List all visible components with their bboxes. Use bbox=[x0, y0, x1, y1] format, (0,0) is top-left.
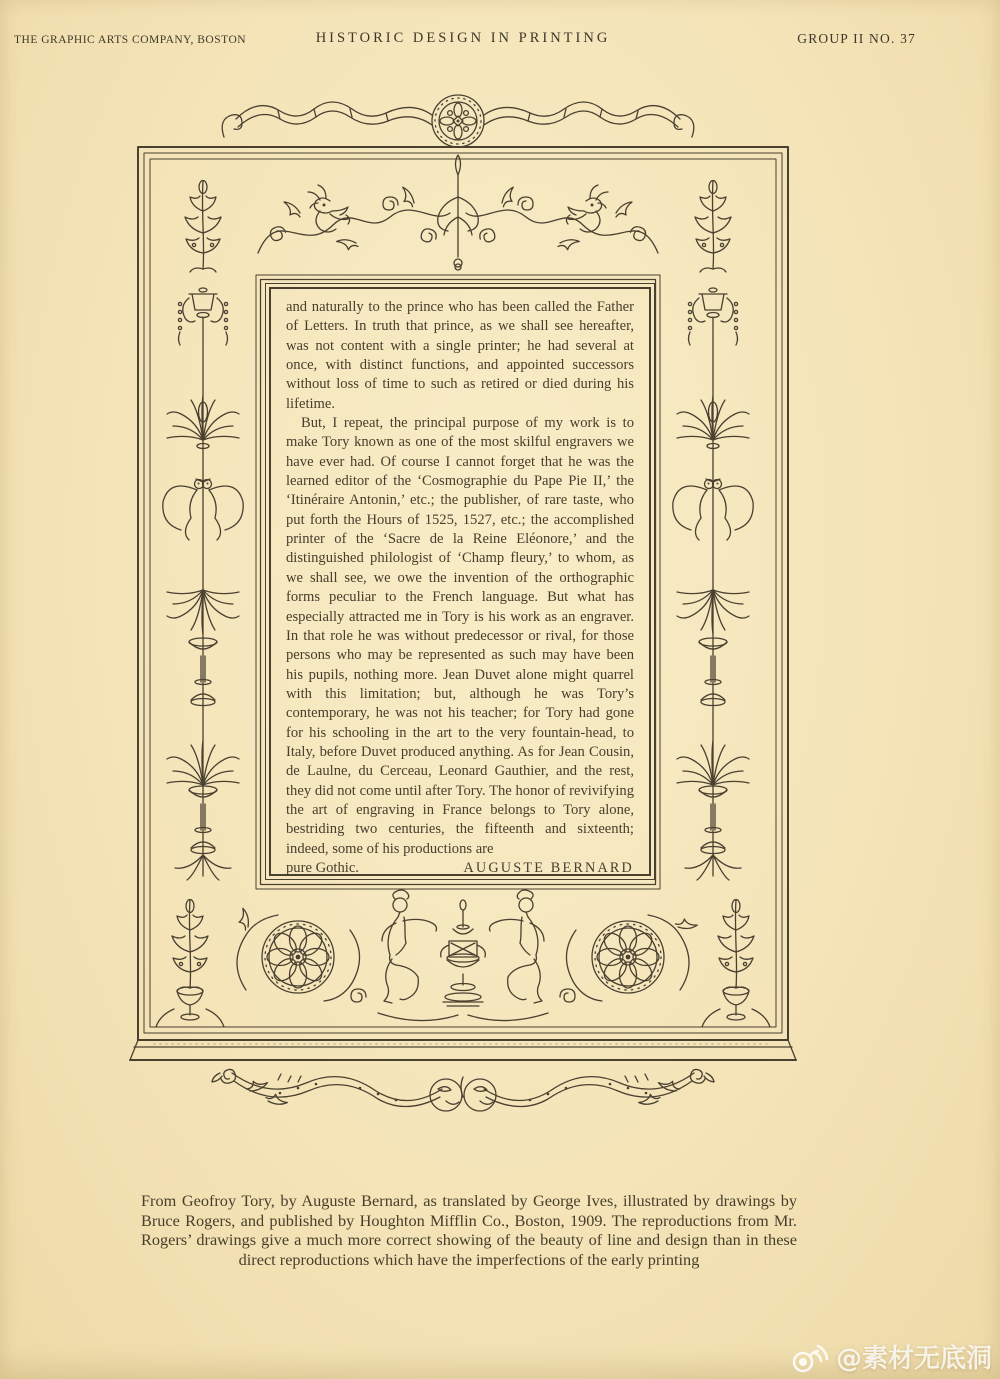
pendant-swag bbox=[212, 1068, 714, 1111]
paragraph: and naturally to the prince who has been… bbox=[286, 298, 634, 414]
crest-right-ribbon bbox=[484, 102, 694, 137]
closing-words: pure Gothic. bbox=[286, 859, 359, 878]
watermark: @素材无底洞 bbox=[789, 1338, 992, 1375]
plate-number: GROUP II NO. 37 bbox=[797, 31, 916, 47]
paragraph: But, I repeat, the principal purpose of … bbox=[286, 414, 634, 859]
text-panel-inner: and naturally to the prince who has been… bbox=[269, 287, 651, 876]
watermark-text: @素材无底洞 bbox=[836, 1338, 992, 1375]
corner-vase-left bbox=[156, 900, 224, 1028]
text-panel: and naturally to the prince who has been… bbox=[265, 283, 655, 880]
crest-medallion bbox=[432, 95, 484, 147]
right-band-candelabra bbox=[673, 288, 753, 880]
central-urn bbox=[441, 900, 486, 1006]
signature-line: pure Gothic. AUGUSTE BERNARD bbox=[286, 859, 634, 878]
bottom-band-figures bbox=[156, 890, 770, 1027]
crest-left-ribbon bbox=[222, 102, 432, 137]
author-signature: AUGUSTE BERNARD bbox=[463, 859, 634, 878]
top-band-grotesques bbox=[185, 155, 731, 272]
page-title: HISTORIC DESIGN IN PRINTING bbox=[316, 30, 611, 47]
crest-ribbon bbox=[222, 95, 694, 147]
putto-right bbox=[490, 890, 545, 1003]
scanned-page: THE GRAPHIC ARTS COMPANY, BOSTON HISTORI… bbox=[0, 0, 1000, 1379]
rosette-medallion-right bbox=[592, 921, 664, 993]
left-band-candelabra bbox=[163, 288, 243, 880]
publisher-imprint: THE GRAPHIC ARTS COMPANY, BOSTON bbox=[14, 34, 246, 46]
putto-left bbox=[382, 890, 437, 1003]
corner-vase-right bbox=[702, 900, 770, 1028]
weibo-icon bbox=[789, 1340, 829, 1374]
caption: From Geofroy Tory, by Auguste Bernard, a… bbox=[141, 1191, 797, 1269]
rosette-medallion-left bbox=[262, 921, 334, 993]
